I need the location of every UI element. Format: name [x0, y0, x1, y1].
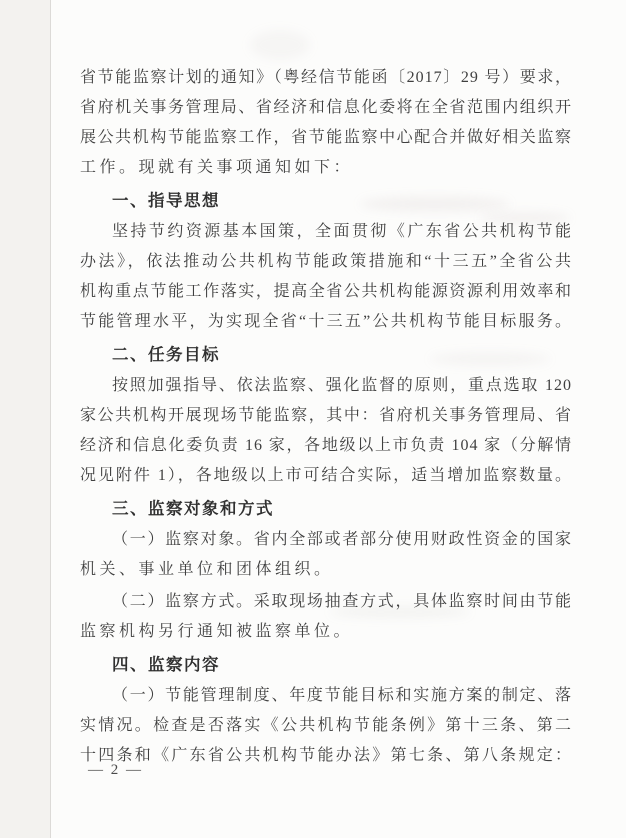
- paragraph: （二）监察方式。采取现场抽查方式，具体监察时间由节能监察机构另行通知被监察单位。: [80, 587, 572, 647]
- text-line: 经济和信息化委负责 16 家，各地级以上市负责 104 家（分解情: [80, 431, 572, 461]
- scanned-document-page: 省节能监察计划的通知》（粤经信节能函〔2017〕29 号）要求，省府机关事务管理…: [0, 0, 626, 838]
- paragraph: 坚持节约资源基本国策，全面贯彻《广东省公共机构节能办法》，依法推动公共机构节能政…: [80, 217, 572, 337]
- text-line: 十四条和《广东省公共机构节能办法》第七条、第八条规定：: [80, 741, 572, 771]
- text-line: 机关、事业单位和团体组织。: [80, 555, 572, 585]
- text-line: （一）节能管理制度、年度节能目标和实施方案的制定、落: [80, 681, 572, 711]
- text-line: （一）监察对象。省内全部或者部分使用财政性资金的国家: [80, 525, 572, 555]
- paragraph: 按照加强指导、依法监察、强化监督的原则，重点选取 120家公共机构开展现场节能监…: [80, 371, 572, 491]
- text-line: 工作。现就有关事项通知如下：: [80, 153, 572, 183]
- text-line: 办法》，依法推动公共机构节能政策措施和“十三五”全省公共: [80, 247, 572, 277]
- text-line: 节能管理水平，为实现全省“十三五”公共机构节能目标服务。: [80, 307, 572, 337]
- paragraph: （一）节能管理制度、年度节能目标和实施方案的制定、落实情况。检查是否落实《公共机…: [80, 681, 572, 771]
- text-line: 实情况。检查是否落实《公共机构节能条例》第十三条、第二: [80, 711, 572, 741]
- text-line: 展公共机构节能监察工作，省节能监察中心配合并做好相关监察: [80, 123, 572, 153]
- section-heading: 三、监察对象和方式: [80, 494, 572, 524]
- section-heading: 四、监察内容: [80, 650, 572, 680]
- page-number: — 2 —: [88, 757, 143, 783]
- text-line: 机构重点节能工作落实，提高全省公共机构能源资源利用效率和: [80, 277, 572, 307]
- text-line: 按照加强指导、依法监察、强化监督的原则，重点选取 120: [80, 371, 572, 401]
- text-line: 省节能监察计划的通知》（粤经信节能函〔2017〕29 号）要求，: [80, 63, 572, 93]
- section-heading: 二、任务目标: [80, 340, 572, 370]
- section-heading: 一、指导思想: [80, 186, 572, 216]
- paragraph: 省节能监察计划的通知》（粤经信节能函〔2017〕29 号）要求，省府机关事务管理…: [80, 63, 572, 183]
- paragraph: （一）监察对象。省内全部或者部分使用财政性资金的国家机关、事业单位和团体组织。: [80, 525, 572, 585]
- text-line: 家公共机构开展现场节能监察，其中：省府机关事务管理局、省: [80, 401, 572, 431]
- text-line: 监察机构另行通知被监察单位。: [80, 617, 572, 647]
- scan-smudge: [250, 30, 310, 60]
- scan-page-edge: [0, 0, 51, 838]
- text-line: 坚持节约资源基本国策，全面贯彻《广东省公共机构节能: [80, 217, 572, 247]
- document-body: 省节能监察计划的通知》（粤经信节能函〔2017〕29 号）要求，省府机关事务管理…: [80, 63, 572, 771]
- text-line: 省府机关事务管理局、省经济和信息化委将在全省范围内组织开: [80, 93, 572, 123]
- text-line: 况见附件 1），各地级以上市可结合实际，适当增加监察数量。: [80, 461, 572, 491]
- text-line: （二）监察方式。采取现场抽查方式，具体监察时间由节能: [80, 587, 572, 617]
